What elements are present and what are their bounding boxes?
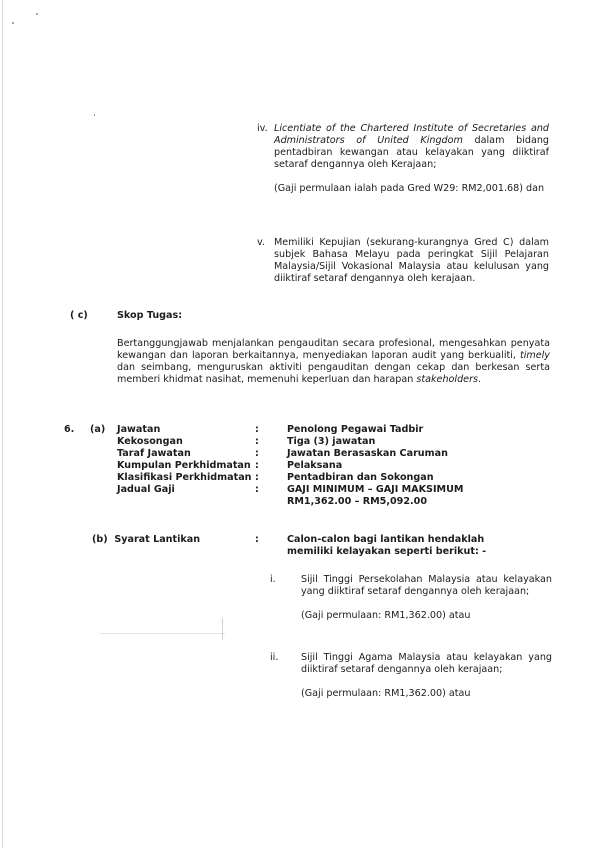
field-label-klasifikasi: Klasifikasi Perkhidmatan	[117, 472, 252, 484]
section-b-intro: Calon-calon bagi lantikan hendaklah memi…	[287, 534, 507, 558]
requirement-item-ii: ii. Sijil Tinggi Agama Malaysia atau kel…	[270, 652, 552, 700]
scan-speck	[36, 13, 38, 15]
item-number: ii.	[270, 652, 278, 664]
colon: :	[255, 436, 259, 448]
field-label-taraf: Taraf Jawatan	[117, 448, 252, 460]
item-text: Memiliki Kepujian (sekurang-kurangnya Gr…	[274, 237, 549, 285]
item-text: Sijil Tinggi Agama Malaysia atau kelayak…	[301, 652, 552, 676]
salary-range: RM1,362.00 – RM5,092.00	[287, 496, 463, 508]
colon: :	[255, 484, 259, 496]
qualification-item-iv: iv. Licentiate of the Chartered Institut…	[257, 123, 549, 195]
section-c-title: Skop Tugas:	[117, 310, 182, 322]
job-field-labels: Jawatan Kekosongan Taraf Jawatan Kumpula…	[117, 424, 252, 496]
salary-note: (Gaji permulaan ialah pada Gred W29: RM2…	[274, 183, 549, 195]
job-field-colons: : : : : : :	[255, 424, 259, 496]
section-letter: (a)	[90, 424, 105, 436]
field-label-jawatan: Jawatan	[117, 424, 252, 436]
section-b-label: (b) Syarat Lantikan	[92, 534, 200, 546]
item-text: Licentiate of the Chartered Institute of…	[274, 123, 549, 171]
item-number: v.	[257, 237, 265, 249]
field-value-jawatan: Penolong Pegawai Tadbir	[287, 424, 463, 436]
salary-note: (Gaji permulaan: RM1,362.00) atau	[301, 688, 552, 700]
colon: :	[255, 460, 259, 472]
section-c-body: Bertanggungjawab menjalankan pengauditan…	[117, 338, 550, 386]
scan-speck	[12, 22, 14, 24]
field-value-klasifikasi: Pentadbiran dan Sokongan	[287, 472, 463, 484]
requirement-item-i: i. Sijil Tinggi Persekolahan Malaysia at…	[270, 574, 552, 622]
item-number: iv.	[257, 123, 268, 135]
scan-speck	[94, 114, 95, 116]
colon: :	[255, 424, 259, 436]
section-b-colon: :	[255, 534, 259, 546]
field-value-kumpulan: Pelaksana	[287, 460, 463, 472]
colon: :	[255, 448, 259, 460]
section-number: 6.	[64, 424, 74, 436]
job-field-values: Penolong Pegawai Tadbir Tiga (3) jawatan…	[287, 424, 463, 508]
field-label-jadual: Jadual Gaji	[117, 484, 252, 496]
item-number: i.	[270, 574, 276, 586]
scan-edge	[2, 0, 3, 848]
field-value-kekosongan: Tiga (3) jawatan	[287, 436, 463, 448]
field-value-taraf: Jawatan Berasaskan Caruman	[287, 448, 463, 460]
field-value-jadual: GAJI MINIMUM – GAJI MAKSIMUM	[287, 484, 463, 496]
bleed-through-mark	[222, 618, 223, 640]
field-label-kumpulan: Kumpulan Perkhidmatan	[117, 460, 252, 472]
bleed-through-text	[100, 633, 225, 634]
field-label-kekosongan: Kekosongan	[117, 436, 252, 448]
colon: :	[255, 472, 259, 484]
qualification-item-v: v. Memiliki Kepujian (sekurang-kurangnya…	[257, 237, 549, 285]
salary-note: (Gaji permulaan: RM1,362.00) atau	[301, 610, 552, 622]
item-text: Sijil Tinggi Persekolahan Malaysia atau …	[301, 574, 552, 598]
section-c-label: ( c)	[70, 310, 88, 322]
